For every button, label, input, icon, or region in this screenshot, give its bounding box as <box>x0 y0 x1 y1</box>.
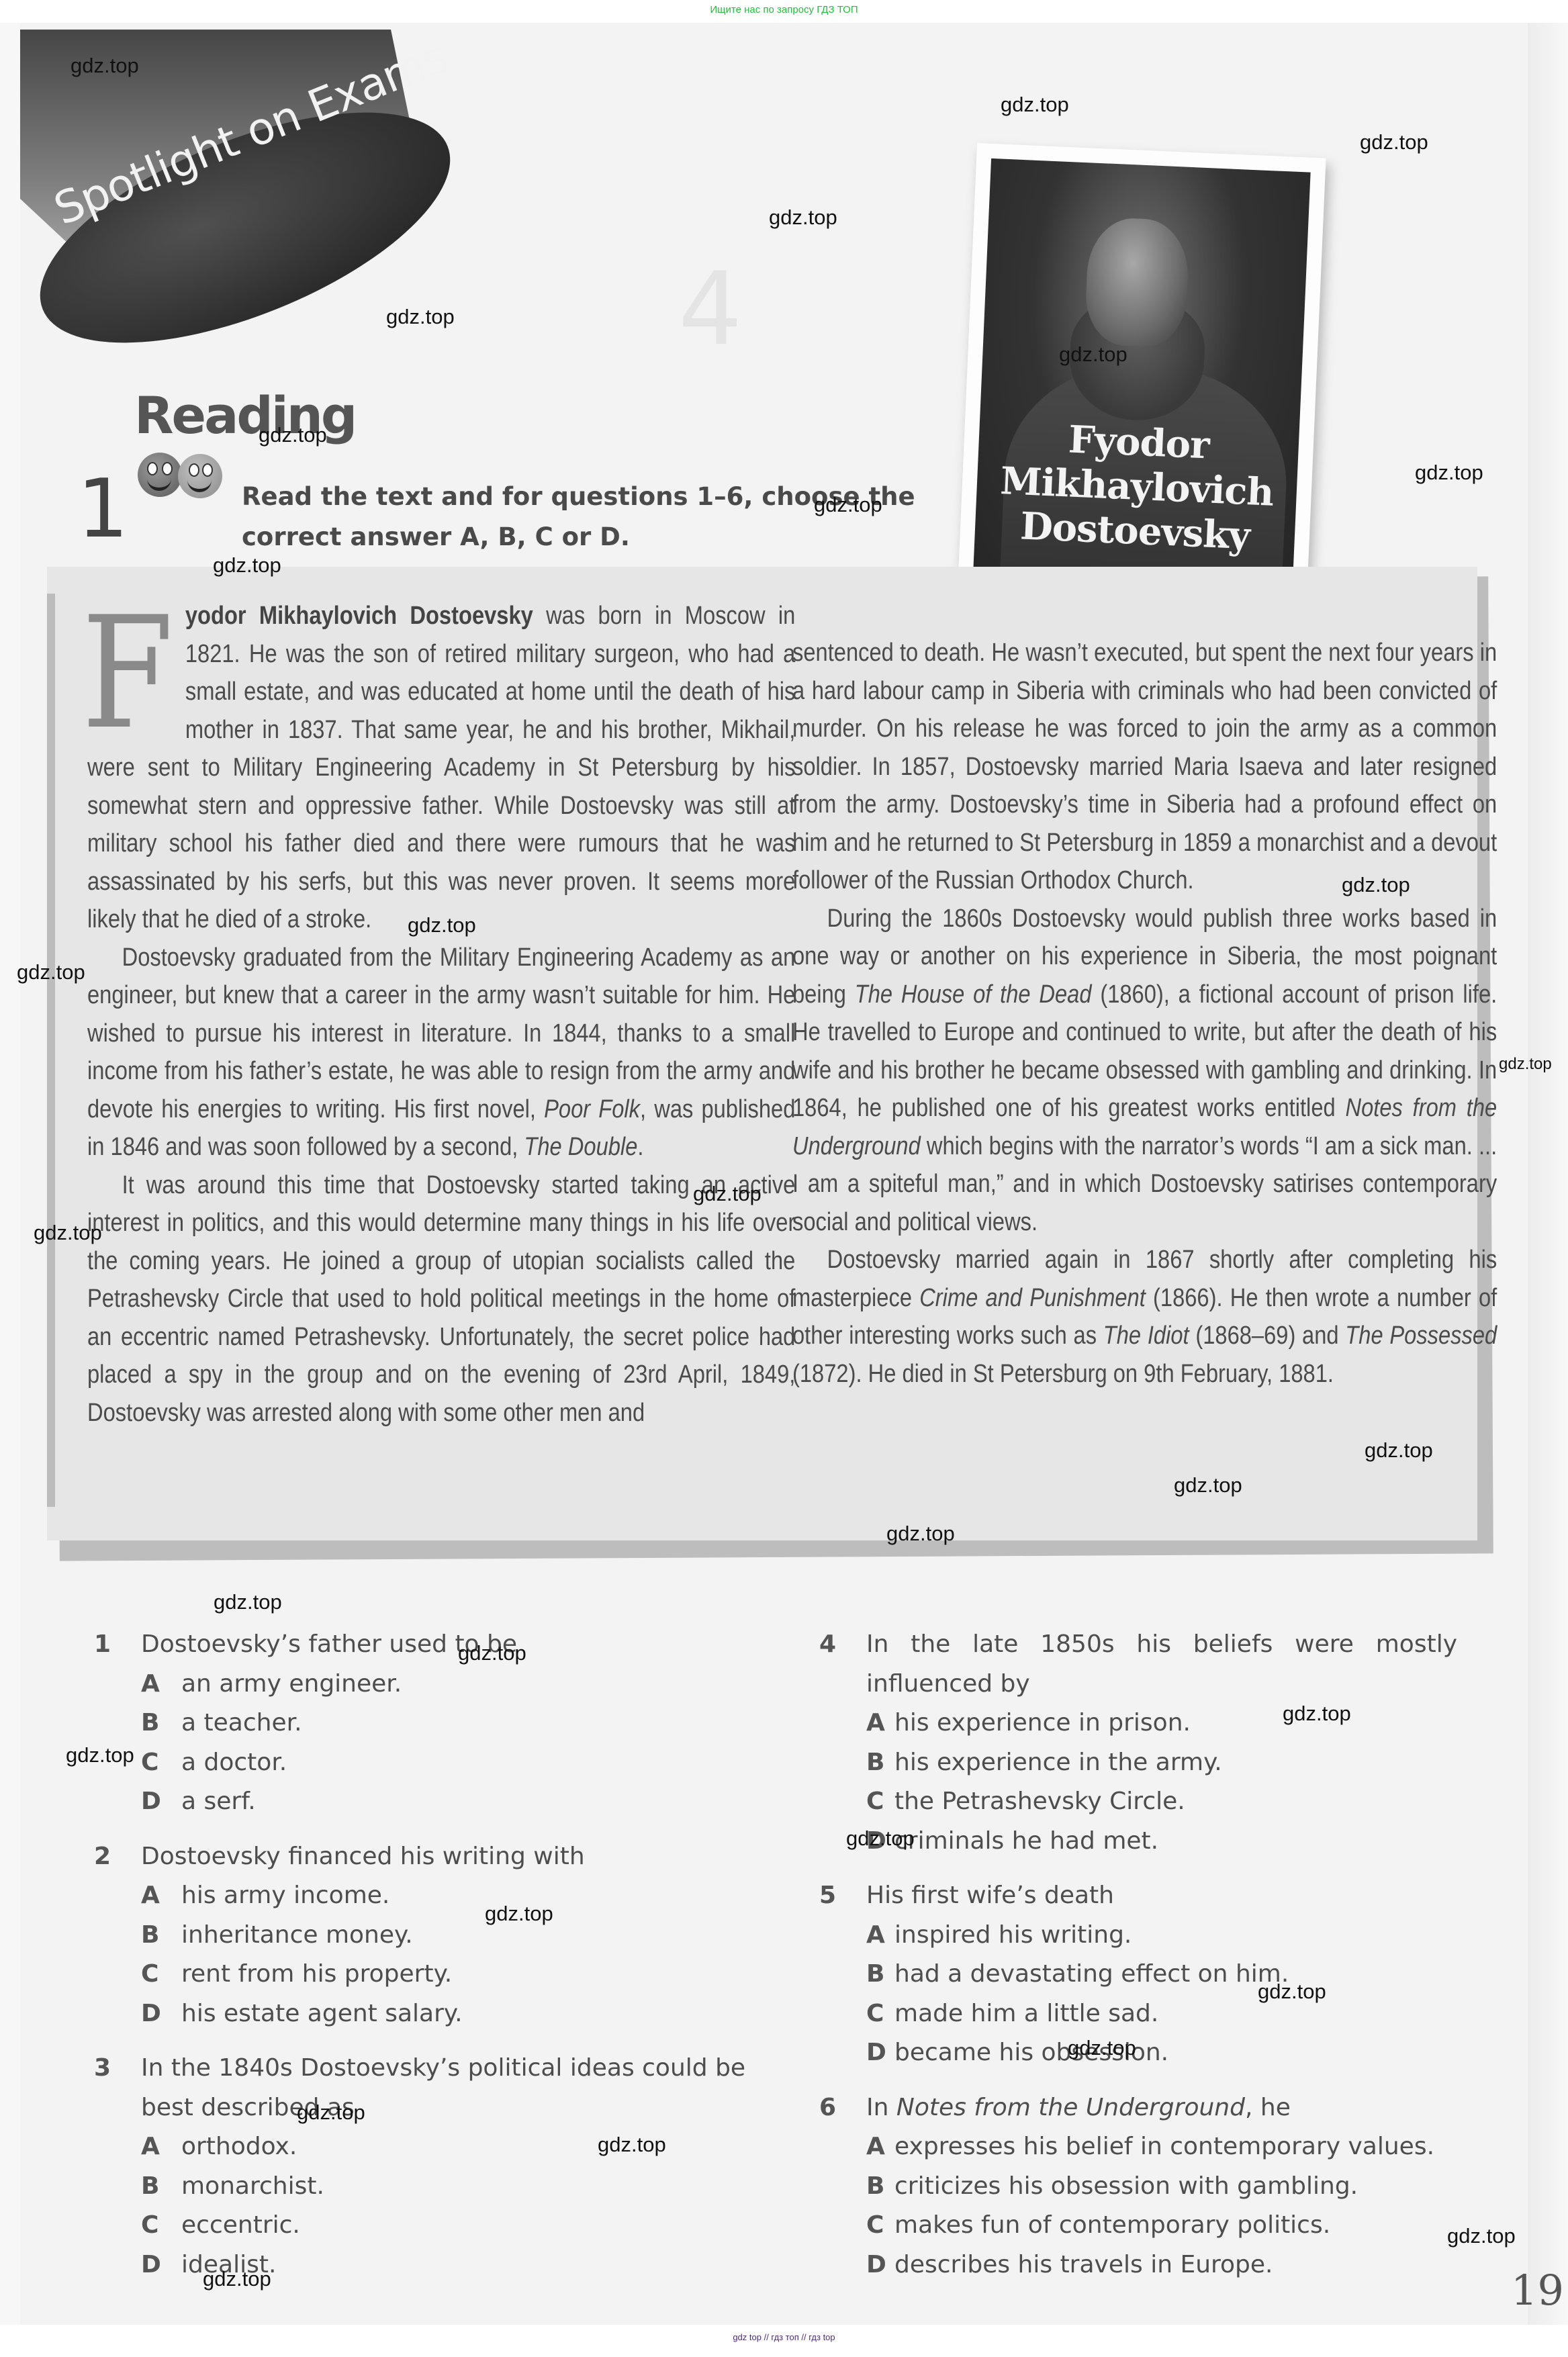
article-paragraph: Fyodor Mikhaylovich Dostoevsky was born … <box>87 597 795 939</box>
watermark: gdz.top <box>297 2100 365 2125</box>
watermark: gdz.top <box>598 2133 666 2157</box>
watermark: gdz.top <box>1499 1055 1552 1074</box>
page-number: 19 <box>1511 2266 1564 2315</box>
exercise-instructions: Read the text and for questions 1–6, cho… <box>242 477 954 557</box>
answer-option[interactable]: Bmonarchist. <box>94 2167 766 2207</box>
answer-option[interactable]: Cmakes fun of contemporary politics. <box>819 2206 1457 2246</box>
answer-option[interactable]: Ahis experience in prison. <box>819 1704 1457 1743</box>
question-3: 3In the 1840s Dostoevsky’s political ide… <box>94 2049 766 2284</box>
book-title: The Idiot <box>1103 1322 1189 1350</box>
watermark: gdz.top <box>1360 130 1428 154</box>
article-paragraph: During the 1860s Dostoevsky would publis… <box>792 900 1497 1242</box>
book-title: The Possessed <box>1345 1322 1497 1350</box>
watermark: gdz.top <box>1415 461 1483 485</box>
watermark: gdz.top <box>1342 873 1410 897</box>
watermark: gdz.top <box>1059 342 1127 367</box>
exercise-number: 1 <box>77 463 128 556</box>
portrait-caption: Fyodor Mikhaylovich Dostoevsky <box>974 414 1299 561</box>
watermark: gdz.top <box>846 1827 915 1851</box>
answer-option[interactable]: Aexpresses his belief in contemporary va… <box>819 2127 1457 2167</box>
watermark: gdz.top <box>259 423 327 447</box>
page-edge-shade <box>0 23 20 2325</box>
answer-option[interactable]: Didealist. <box>94 2246 766 2285</box>
article-paragraph: Dostoevsky married again in 1867 shortly… <box>792 1241 1497 1393</box>
answer-option[interactable]: Ainspired his writing. <box>819 1916 1457 1955</box>
question-4: 4In the late 1850s his beliefs were most… <box>819 1625 1457 1861</box>
answer-option[interactable]: Da serf. <box>94 1782 766 1822</box>
watermark: gdz.top <box>769 205 837 230</box>
answer-option[interactable]: Cthe Petrashevsky Circle. <box>819 1782 1457 1822</box>
watermark: gdz.top <box>1001 93 1069 117</box>
book-title: The House of the Dead <box>855 980 1092 1009</box>
watermark: gdz.top <box>1258 1980 1326 2004</box>
answer-option[interactable]: Cmade him a little sad. <box>819 1994 1457 2034</box>
answer-option[interactable]: Dcriminals he had met. <box>819 1822 1457 1861</box>
watermark: gdz.top <box>71 54 139 78</box>
answer-option[interactable]: Bhad a devastating effect on him. <box>819 1955 1457 1994</box>
book-title: Notes from the Underground <box>896 2094 1245 2121</box>
answer-option[interactable]: Aan army engineer. <box>94 1665 766 1704</box>
questions-right-column: 4In the late 1850s his beliefs were most… <box>819 1625 1457 2300</box>
dostoevsky-portrait-image: Fyodor Mikhaylovich Dostoevsky <box>972 158 1310 599</box>
footer: gdz top // гдз топ // гдз top <box>0 2331 1568 2344</box>
bleed-through-text: 4 <box>678 251 742 368</box>
two-smiley-faces-icon <box>138 453 232 500</box>
watermark: gdz.top <box>485 1902 553 1926</box>
answer-option[interactable]: Binheritance money. <box>94 1916 766 1955</box>
portrait-card: Fyodor Mikhaylovich Dostoevsky <box>957 143 1326 614</box>
answer-option[interactable]: Ceccentric. <box>94 2206 766 2246</box>
article-column-left: Fyodor Mikhaylovich Dostoevsky was born … <box>87 597 795 1432</box>
watermark: gdz.top <box>66 1743 134 1767</box>
book-title: Poor Folk <box>544 1095 640 1123</box>
smiley-face-icon <box>178 454 222 498</box>
answer-option[interactable]: Ahis army income. <box>94 1876 766 1916</box>
article-paragraph: Dostoevsky graduated from the Military E… <box>87 939 795 1166</box>
article-column-right: sentenced to death. He wasn’t executed, … <box>792 634 1497 1393</box>
watermark: gdz.top <box>408 913 476 937</box>
watermark: gdz.top <box>1174 1473 1242 1497</box>
question-5: 5His first wife’s death Ainspired his wr… <box>819 1876 1457 2073</box>
watermark: gdz.top <box>17 960 85 984</box>
watermark: gdz.top <box>386 305 455 329</box>
answer-option[interactable]: Ddescribes his travels in Europe. <box>819 2246 1457 2285</box>
textbook-page: 4 Spotlight on Exams Reading 1 Read the … <box>0 23 1568 2325</box>
top-banner: Ищите нас по запросу ГДЗ ТОП <box>0 0 1568 21</box>
watermark: gdz.top <box>458 1641 526 1665</box>
text-box-accent-bar <box>47 594 55 1507</box>
watermark: gdz.top <box>203 2267 271 2291</box>
answer-option[interactable]: Ba teacher. <box>94 1704 766 1743</box>
watermark: gdz.top <box>1068 2036 1136 2060</box>
top-banner-text: Ищите нас по запросу ГДЗ ТОП <box>710 4 858 15</box>
article-paragraph: It was around this time that Dostoevsky … <box>87 1166 795 1432</box>
watermark: gdz.top <box>213 553 281 577</box>
watermark: gdz.top <box>1283 1702 1351 1726</box>
answer-option[interactable]: Ca doctor. <box>94 1743 766 1783</box>
watermark: gdz.top <box>814 493 882 517</box>
book-title: The Double <box>524 1133 637 1161</box>
answer-option[interactable]: Bcriticizes his obsession with gambling. <box>819 2167 1457 2207</box>
answer-option[interactable]: Dbecame his obsession. <box>819 2033 1457 2073</box>
article-text-box: Fyodor Mikhaylovich Dostoevsky was born … <box>47 567 1477 1540</box>
question-1: 1Dostoevsky’s father used to be Aan army… <box>94 1625 766 1822</box>
question-2: 2Dostoevsky financed his writing with Ah… <box>94 1837 766 2034</box>
question-6: 6In Notes from the Underground, he Aexpr… <box>819 2088 1457 2285</box>
answer-option[interactable]: Crent from his property. <box>94 1955 766 1994</box>
answer-option[interactable]: Dhis estate agent salary. <box>94 1994 766 2034</box>
book-title: Crime and Punishment <box>919 1284 1146 1312</box>
answer-option[interactable]: Bhis experience in the army. <box>819 1743 1457 1783</box>
footer-text: gdz top // гдз топ // гдз top <box>733 2332 835 2342</box>
questions-left-column: 1Dostoevsky’s father used to be Aan army… <box>94 1625 766 2300</box>
watermark: gdz.top <box>693 1182 762 1206</box>
watermark: gdz.top <box>1447 2224 1516 2248</box>
smiley-face-icon <box>138 453 182 497</box>
drop-cap: F <box>81 610 173 738</box>
watermark: gdz.top <box>886 1522 955 1546</box>
article-paragraph: sentenced to death. He wasn’t executed, … <box>792 634 1497 900</box>
page-gutter-shade <box>1528 23 1568 2325</box>
watermark: gdz.top <box>34 1221 102 1245</box>
watermark: gdz.top <box>214 1590 282 1614</box>
article-lead-name: yodor Mikhaylovich Dostoevsky <box>185 602 533 630</box>
watermark: gdz.top <box>1365 1438 1433 1463</box>
